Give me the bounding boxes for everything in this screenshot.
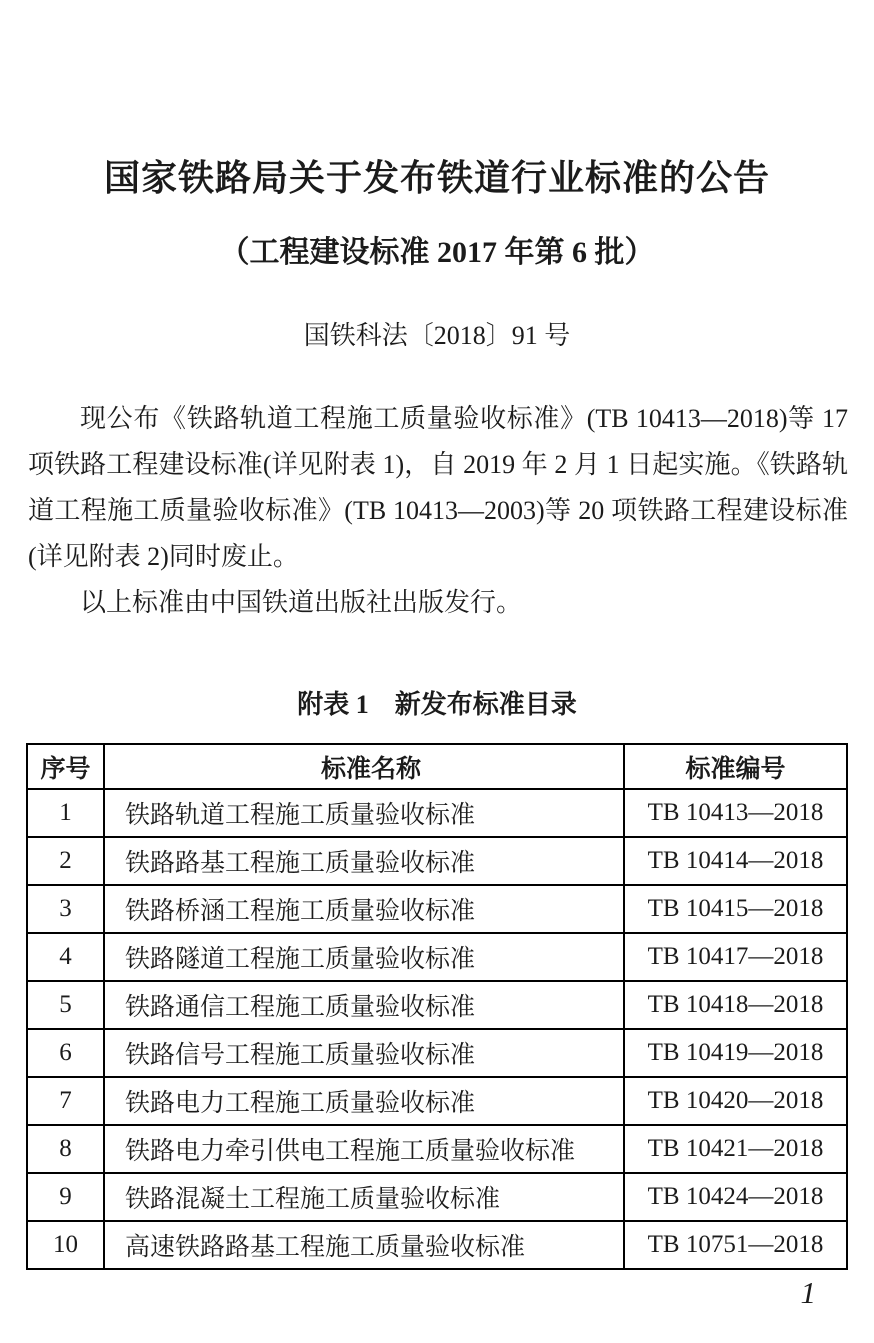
cell-standard-code: TB 10751—2018 <box>624 1221 847 1269</box>
table-row: 3铁路桥涵工程施工质量验收标准TB 10415—2018 <box>27 885 847 933</box>
table-row: 1铁路轨道工程施工质量验收标准TB 10413—2018 <box>27 789 847 837</box>
table-row: 10高速铁路路基工程施工质量验收标准TB 10751—2018 <box>27 1221 847 1269</box>
cell-standard-code: TB 10420—2018 <box>624 1077 847 1125</box>
cell-row-index: 9 <box>27 1173 104 1221</box>
document-page: 国家铁路局关于发布铁道行业标准的公告 （工程建设标准 2017 年第 6 批） … <box>0 0 874 1343</box>
document-title: 国家铁路局关于发布铁道行业标准的公告 <box>0 0 874 201</box>
table-row: 6铁路信号工程施工质量验收标准TB 10419—2018 <box>27 1029 847 1077</box>
cell-row-index: 3 <box>27 885 104 933</box>
cell-standard-code: TB 10418—2018 <box>624 981 847 1029</box>
cell-row-index: 7 <box>27 1077 104 1125</box>
page-number: 1 <box>801 1275 817 1311</box>
header-standard-code: 标准编号 <box>624 744 847 789</box>
document-body: 现公布《铁路轨道工程施工质量验收标准》(TB 10413—2018)等 17 项… <box>28 396 848 626</box>
cell-row-index: 4 <box>27 933 104 981</box>
cell-row-index: 10 <box>27 1221 104 1269</box>
cell-standard-code: TB 10413—2018 <box>624 789 847 837</box>
standards-table-body: 1铁路轨道工程施工质量验收标准TB 10413—20182铁路路基工程施工质量验… <box>27 789 847 1269</box>
table-header-row: 序号 标准名称 标准编号 <box>27 744 847 789</box>
header-standard-name: 标准名称 <box>104 744 624 789</box>
cell-standard-name: 铁路电力牵引供电工程施工质量验收标准 <box>104 1125 624 1173</box>
cell-row-index: 2 <box>27 837 104 885</box>
document-subtitle: （工程建设标准 2017 年第 6 批） <box>0 227 874 271</box>
cell-standard-name: 铁路信号工程施工质量验收标准 <box>104 1029 624 1077</box>
standards-table-head: 序号 标准名称 标准编号 <box>27 744 847 789</box>
cell-standard-code: TB 10417—2018 <box>624 933 847 981</box>
header-index: 序号 <box>27 744 104 789</box>
cell-standard-name: 铁路电力工程施工质量验收标准 <box>104 1077 624 1125</box>
cell-standard-name: 铁路隧道工程施工质量验收标准 <box>104 933 624 981</box>
standards-table: 序号 标准名称 标准编号 1铁路轨道工程施工质量验收标准TB 10413—201… <box>26 743 848 1270</box>
table-row: 4铁路隧道工程施工质量验收标准TB 10417—2018 <box>27 933 847 981</box>
cell-row-index: 6 <box>27 1029 104 1077</box>
cell-standard-name: 铁路轨道工程施工质量验收标准 <box>104 789 624 837</box>
table-caption: 附表 1 新发布标准目录 <box>0 684 874 721</box>
cell-standard-code: TB 10419—2018 <box>624 1029 847 1077</box>
cell-standard-code: TB 10415—2018 <box>624 885 847 933</box>
cell-standard-code: TB 10414—2018 <box>624 837 847 885</box>
cell-standard-name: 铁路路基工程施工质量验收标准 <box>104 837 624 885</box>
body-paragraph: 以上标准由中国铁道出版社出版发行。 <box>28 580 848 626</box>
table-row: 7铁路电力工程施工质量验收标准TB 10420—2018 <box>27 1077 847 1125</box>
cell-standard-code: TB 10421—2018 <box>624 1125 847 1173</box>
cell-row-index: 1 <box>27 789 104 837</box>
table-row: 2铁路路基工程施工质量验收标准TB 10414—2018 <box>27 837 847 885</box>
cell-row-index: 8 <box>27 1125 104 1173</box>
document-number: 国铁科法〔2018〕91 号 <box>0 315 874 352</box>
cell-standard-code: TB 10424—2018 <box>624 1173 847 1221</box>
cell-row-index: 5 <box>27 981 104 1029</box>
cell-standard-name: 铁路通信工程施工质量验收标准 <box>104 981 624 1029</box>
cell-standard-name: 铁路桥涵工程施工质量验收标准 <box>104 885 624 933</box>
cell-standard-name: 铁路混凝土工程施工质量验收标准 <box>104 1173 624 1221</box>
table-row: 9铁路混凝土工程施工质量验收标准TB 10424—2018 <box>27 1173 847 1221</box>
table-row: 5铁路通信工程施工质量验收标准TB 10418—2018 <box>27 981 847 1029</box>
cell-standard-name: 高速铁路路基工程施工质量验收标准 <box>104 1221 624 1269</box>
table-row: 8铁路电力牵引供电工程施工质量验收标准TB 10421—2018 <box>27 1125 847 1173</box>
body-paragraph: 现公布《铁路轨道工程施工质量验收标准》(TB 10413—2018)等 17 项… <box>28 396 848 580</box>
